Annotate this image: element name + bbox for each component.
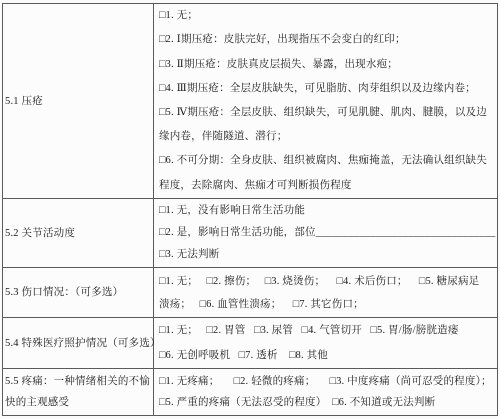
form-row-joint-mobility: 5.2 关节活动度 □1. 无，没有影响日常生活功能 □2. 是，影响日常生活功… xyxy=(3,199,497,268)
form-row-special-medical-care: 5.4 特殊医疗照护情况（可多选） □1. 无； □2. 胃管 □3. 尿管 □… xyxy=(3,318,497,369)
wound-condition-options: □1. 无； □2. 擦伤； □3. 烧烫伤； □4. 术后伤口； □5. 糖尿… xyxy=(154,268,497,317)
options-line-continuation: 溃疡； □6. 血管性溃疡； □7. 其它伤口； xyxy=(159,293,497,316)
form-row-pain: 5.5 疼痛：一种情绪相关的不愉快的主观感受 □1. 无疼痛； □2. 轻微的疼… xyxy=(3,369,497,415)
row-label-pressure-ulcer: 5.1 压疮 xyxy=(3,4,154,198)
options-line: □4. Ⅲ期压疮：全层皮肤缺失，可见脂肪、肉芽组织以及边缘内卷； xyxy=(159,77,497,101)
assessment-form-page: 5.1 压疮 □1. 无； □2. Ⅰ期压疮：皮肤完好，出现指压不会变白的红印；… xyxy=(0,0,500,419)
row-label-text: 5.4 特殊医疗照护情况（可多选） xyxy=(5,333,161,354)
assessment-form-table: 5.1 压疮 □1. 无； □2. Ⅰ期压疮：皮肤完好，出现指压不会变白的红印；… xyxy=(2,3,498,416)
row-label-special-medical-care: 5.4 特殊医疗照护情况（可多选） xyxy=(3,318,154,368)
pressure-ulcer-options: □1. 无； □2. Ⅰ期压疮：皮肤完好，出现指压不会变白的红印； □3. Ⅱ期… xyxy=(154,4,497,198)
form-row-wound-condition: 5.3 伤口情况：（可多选） □1. 无； □2. 擦伤； □3. 烧烫伤； □… xyxy=(3,268,497,318)
options-line: □5. 严重的疼痛（无法忍受的程度） □6. 不知道或无法判断 xyxy=(159,392,497,414)
options-line: □1. 无； xyxy=(159,4,497,28)
options-line: □3. Ⅱ期压疮：皮肤真皮层损失、暴露，出现水疱； xyxy=(159,53,497,77)
options-line-with-blank: □2. 是，影响日常生活功能，部位_______________________… xyxy=(159,222,497,244)
row-label-joint-mobility: 5.2 关节活动度 xyxy=(3,199,154,267)
row-label-pain: 5.5 疼痛：一种情绪相关的不愉快的主观感受 xyxy=(3,369,154,415)
options-line: □1. 无； □2. 擦伤； □3. 烧烫伤； □4. 术后伤口； □5. 糖尿… xyxy=(159,270,497,293)
row-label-text: 5.5 疼痛：一种情绪相关的不愉快的主观感受 xyxy=(5,371,153,413)
options-line-continuation: 程度，去除腐肉、焦痂才可判断损伤程度 xyxy=(159,174,497,198)
options-line: □6. 不可分期：全身皮肤、组织被腐肉、焦痂掩盖，无法确认组织缺失 xyxy=(159,149,497,173)
options-line: □5. Ⅳ期压疮：全层皮肤、组织缺失，可见肌腱、肌肉、腱膜，以及边 xyxy=(159,101,497,125)
options-line: □2. Ⅰ期压疮：皮肤完好，出现指压不会变白的红印； xyxy=(159,28,497,52)
options-line: □6. 无创呼吸机 □7. 透析 □8. 其他 xyxy=(159,343,497,368)
options-line-continuation: 缘内卷，伴随隧道、潜行； xyxy=(159,125,497,149)
options-line: □1. 无； □2. 胃管 □3. 尿管 □4. 气管切开 □5. 胃/肠/膀胱… xyxy=(159,318,497,343)
pain-options: □1. 无疼痛； □2. 轻微的疼痛； □3. 中度疼痛（尚可忍受的程度）； □… xyxy=(154,369,497,415)
options-line: □3. 无法判断 xyxy=(159,244,497,266)
row-label-text: 5.1 压疮 xyxy=(5,91,43,112)
row-label-text: 5.3 伤口情况：（可多选） xyxy=(5,282,123,303)
joint-mobility-options: □1. 无，没有影响日常生活功能 □2. 是，影响日常生活功能，部位______… xyxy=(154,199,497,267)
options-line: □1. 无疼痛； □2. 轻微的疼痛； □3. 中度疼痛（尚可忍受的程度）； xyxy=(159,371,497,393)
options-line: □1. 无，没有影响日常生活功能 xyxy=(159,200,497,222)
row-label-wound-condition: 5.3 伤口情况：（可多选） xyxy=(3,268,154,317)
row-label-text: 5.2 关节活动度 xyxy=(5,223,75,244)
form-row-pressure-ulcer: 5.1 压疮 □1. 无； □2. Ⅰ期压疮：皮肤完好，出现指压不会变白的红印；… xyxy=(3,4,497,199)
special-medical-care-options: □1. 无； □2. 胃管 □3. 尿管 □4. 气管切开 □5. 胃/肠/膀胱… xyxy=(154,318,497,368)
